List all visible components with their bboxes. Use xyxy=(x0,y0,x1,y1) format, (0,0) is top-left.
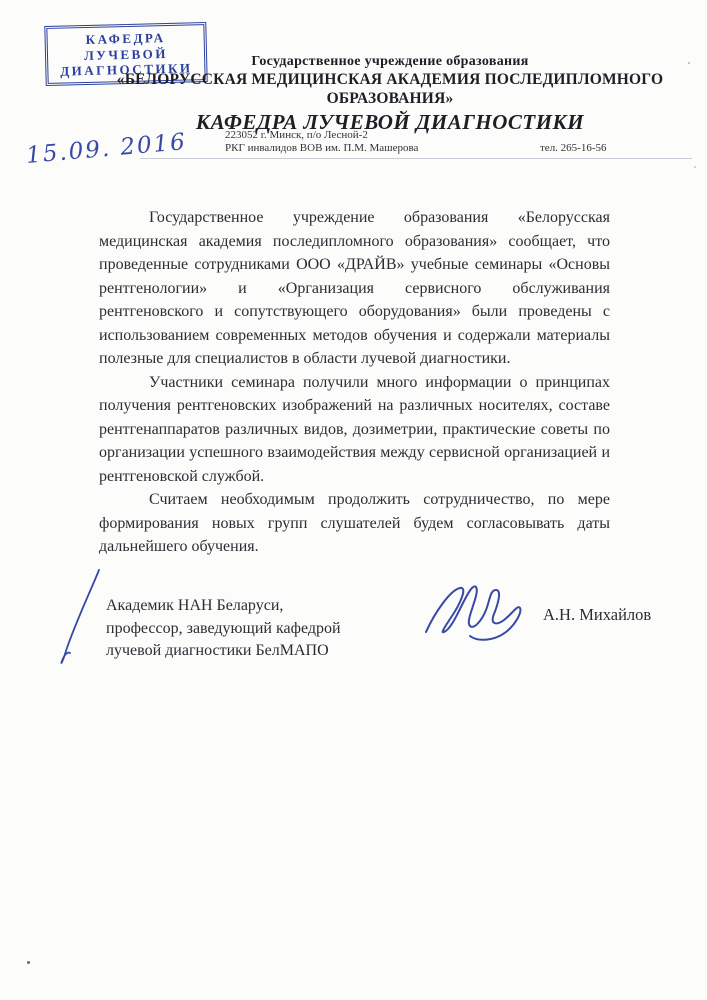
org-type-line: Государственное учреждение образования xyxy=(85,52,695,71)
letter-page: КАФЕДРА ЛУЧЕВОЙ ДИАГНОСТИКИ Государствен… xyxy=(0,0,707,1000)
paragraph-1: Государственное учреждение образования «… xyxy=(99,206,610,371)
scan-speck xyxy=(27,961,30,964)
signer-title-line-2: профессор, заведующий кафедрой xyxy=(106,618,341,641)
pen-stroke-mark xyxy=(55,566,105,672)
signer-title-line-3: лучевой диагностики БелМАПО xyxy=(106,640,341,663)
paragraph-3: Считаем необходимым продолжить сотруднич… xyxy=(99,488,610,559)
handwritten-date: 15.09. 2016 xyxy=(25,129,188,169)
signer-title-line-1: Академик НАН Беларуси, xyxy=(106,595,341,618)
org-name-line-1: «БЕЛОРУССКАЯ МЕДИЦИНСКАЯ АКАДЕМИЯ ПОСЛЕД… xyxy=(85,71,695,90)
scan-speck xyxy=(688,62,690,64)
handwritten-signature xyxy=(420,578,545,656)
signer-title: Академик НАН Беларуси, профессор, заведу… xyxy=(106,595,341,663)
paragraph-2: Участники семинара получили много информ… xyxy=(99,371,610,489)
scan-speck xyxy=(694,166,696,168)
letterhead-divider xyxy=(140,158,692,159)
org-name-line-2: ОБРАЗОВАНИЯ» xyxy=(85,90,695,109)
signer-name: А.Н. Михайлов xyxy=(543,605,651,625)
address-line-1: 223052 г. Минск, п/о Лесной-2 xyxy=(225,129,418,142)
address-line-2: РКГ инвалидов ВОВ им. П.М. Машерова xyxy=(225,142,418,155)
letterhead: Государственное учреждение образования «… xyxy=(85,52,695,134)
phone-number: тел. 265-16-56 xyxy=(540,142,607,154)
address-block: 223052 г. Минск, п/о Лесной-2 РКГ инвали… xyxy=(225,129,418,154)
letter-body: Государственное учреждение образования «… xyxy=(99,206,610,559)
